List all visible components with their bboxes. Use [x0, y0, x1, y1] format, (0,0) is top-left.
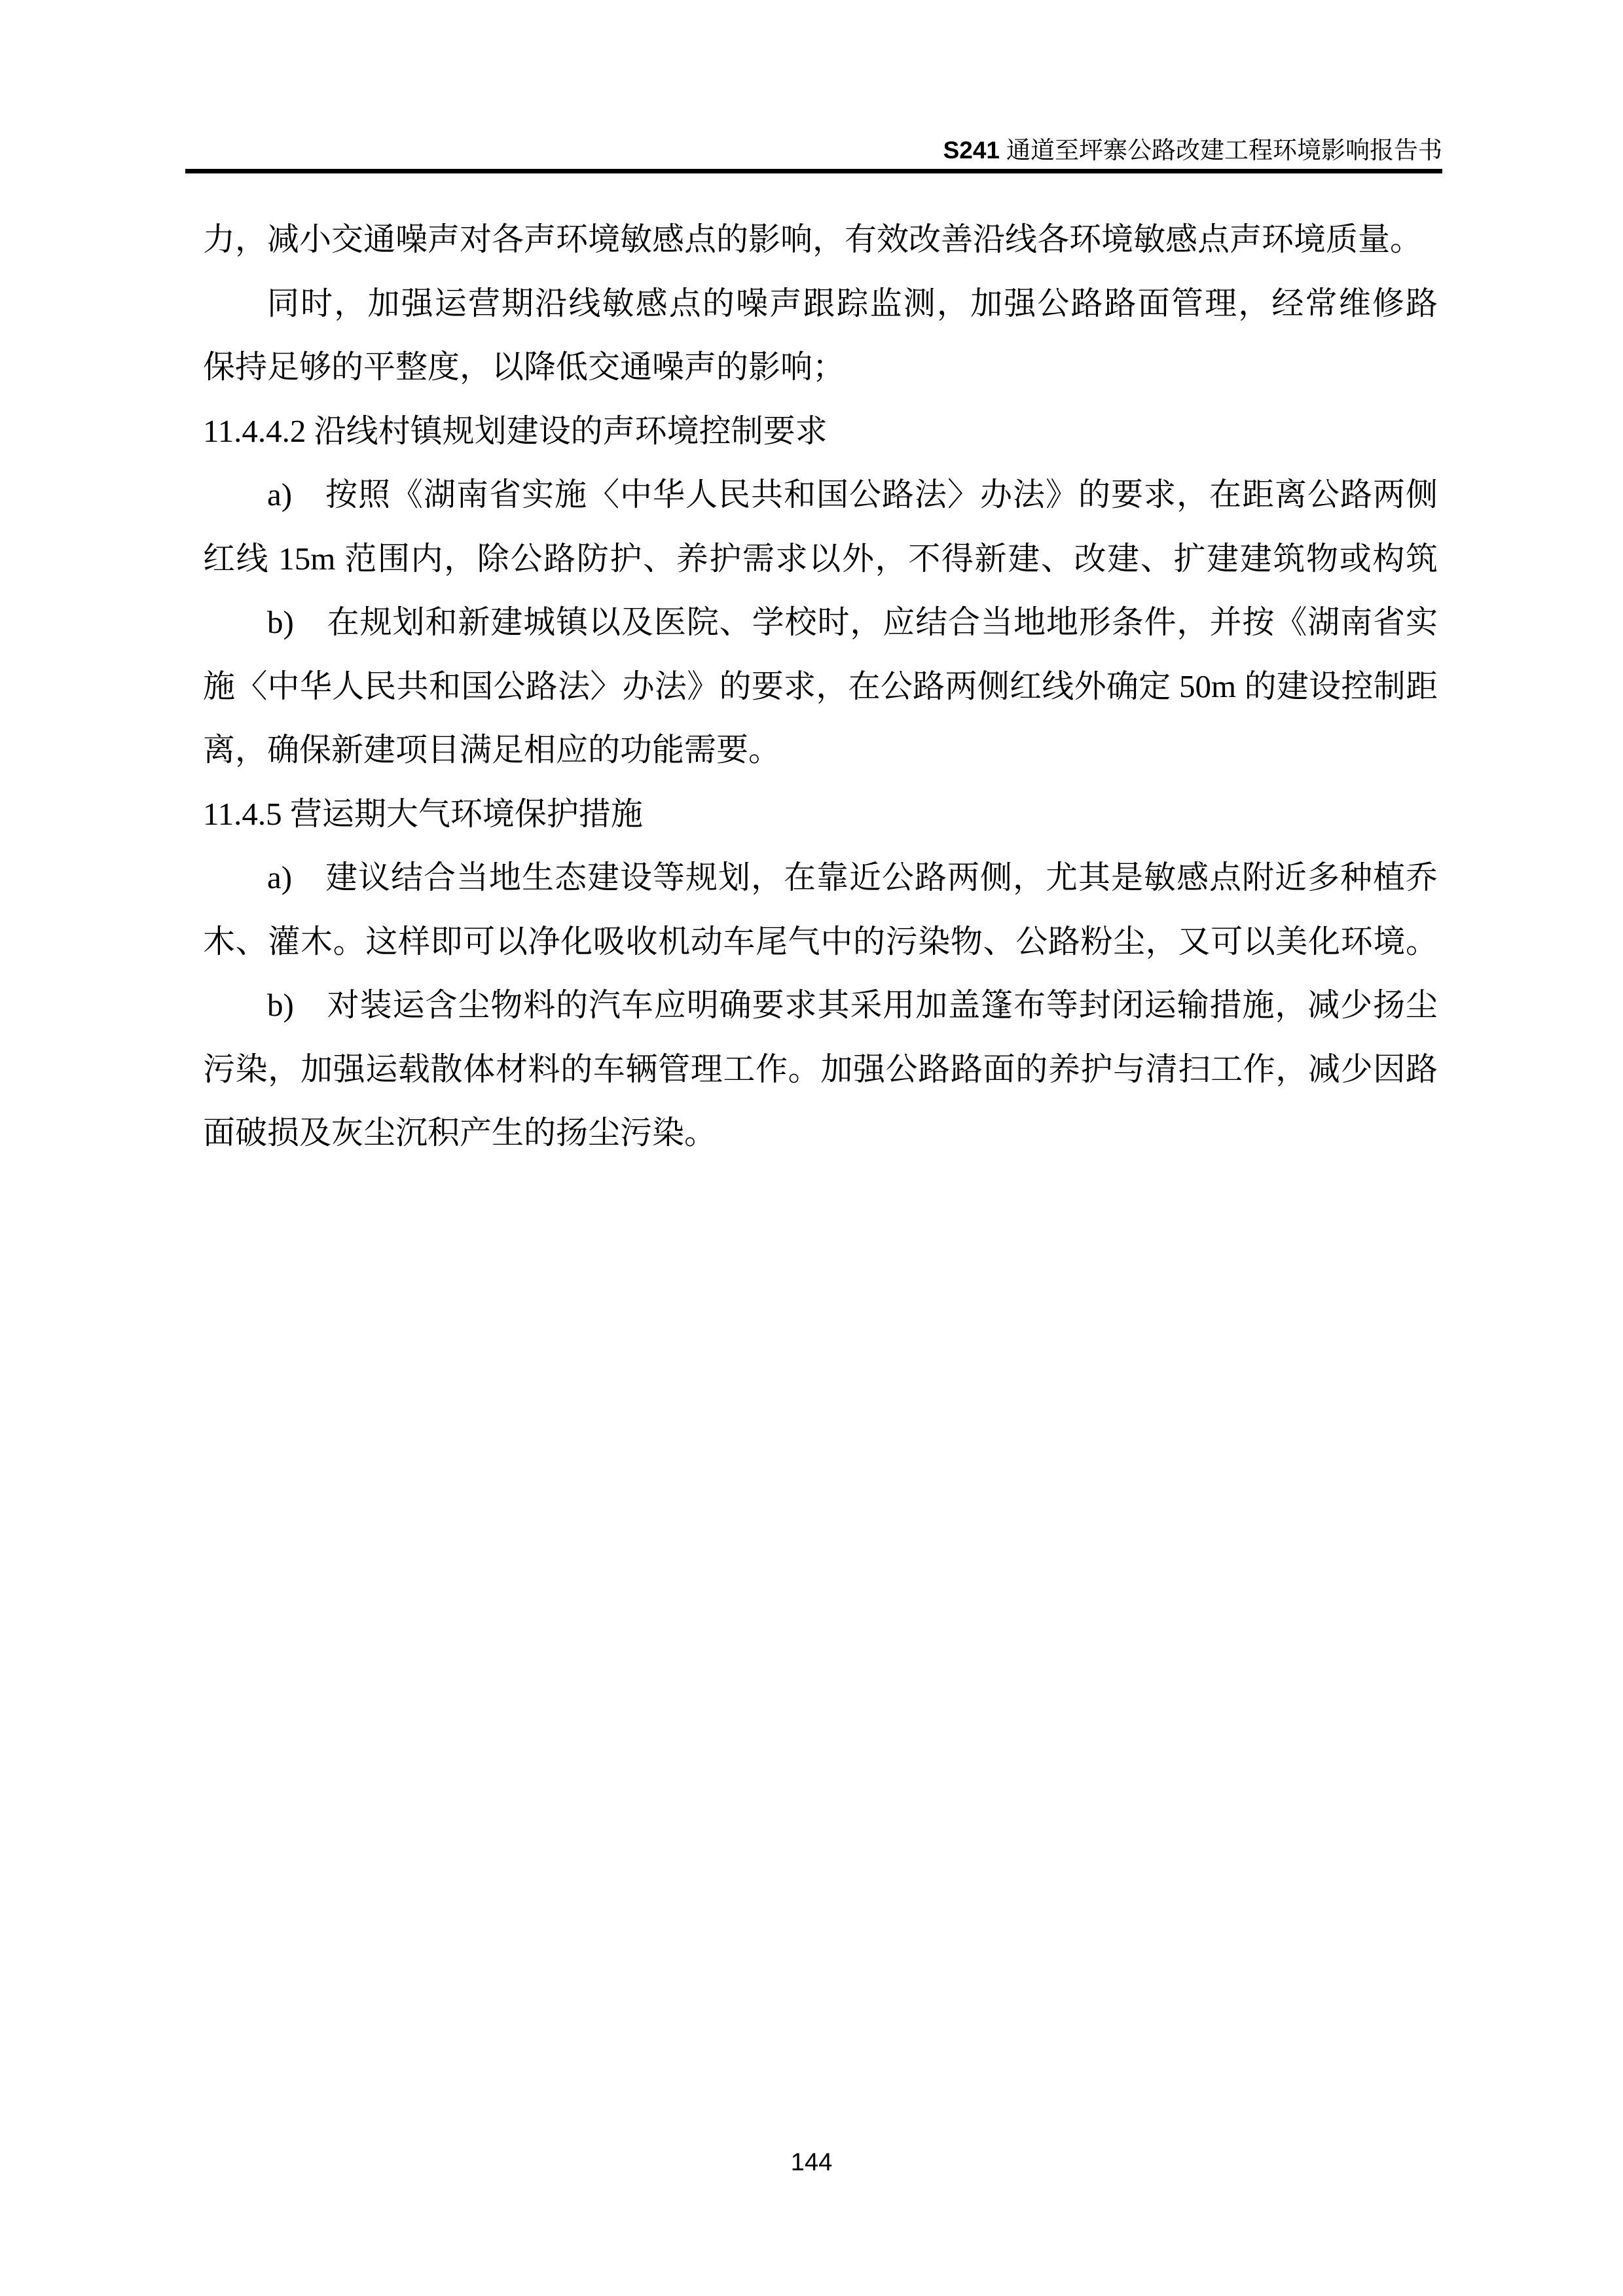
text-line: a) 建议结合当地生态建设等规划，在靠近公路两侧，尤其是敏感点附近多种植乔 [203, 846, 1438, 910]
text-line: 同时，加强运营期沿线敏感点的噪声跟踪监测，加强公路路面管理，经常维修路面， [203, 272, 1438, 336]
text-line: 力，减小交通噪声对各声环境敏感点的影响，有效改善沿线各环境敏感点声环境质量。 [203, 207, 1438, 272]
text-line: b) 在规划和新建城镇以及医院、学校时，应结合当地地形条件，并按《湖南省实 [203, 590, 1438, 655]
text-line: b) 对装运含尘物料的汽车应明确要求其采用加盖篷布等封闭运输措施，减少扬尘 [203, 973, 1438, 1037]
text-line: 保持足够的平整度，以降低交通噪声的影响； [203, 335, 1438, 399]
text-line: 木、灌木。这样即可以净化吸收机动车尾气中的污染物、公路粉尘，又可以美化环境。 [203, 910, 1438, 974]
section-heading: 11.4.4.2 沿线村镇规划建设的声环境控制要求 [203, 399, 1438, 463]
section-heading: 11.4.5 营运期大气环境保护措施 [203, 782, 1438, 846]
text-line: 红线 15m 范围内，除公路防护、养护需求以外，不得新建、改建、扩建建筑物或构筑… [203, 527, 1438, 591]
text-line: 污染，加强运载散体材料的车辆管理工作。加强公路路面的养护与清扫工作，减少因路 [203, 1037, 1438, 1102]
text-line: 施〈中华人民共和国公路法〉办法》的要求，在公路两侧红线外确定 50m 的建设控制… [203, 655, 1438, 719]
text-line: a) 按照《湖南省实施〈中华人民共和国公路法〉办法》的要求，在距离公路两侧 [203, 463, 1438, 527]
header-doc-title: 通道至坪寨公路改建工程环境影响报告书 [1006, 137, 1442, 164]
page-header: S241通道至坪寨公路改建工程环境影响报告书 [943, 134, 1442, 167]
header-doc-code: S241 [943, 137, 1000, 164]
text-body: 力，减小交通噪声对各声环境敏感点的影响，有效改善沿线各环境敏感点声环境质量。同时… [203, 207, 1438, 1165]
header-divider [185, 169, 1442, 173]
text-line: 面破损及灰尘沉积产生的扬尘污染。 [203, 1101, 1438, 1165]
page-number: 144 [0, 2148, 1623, 2177]
text-line: 离，确保新建项目满足相应的功能需要。 [203, 718, 1438, 782]
document-page: S241通道至坪寨公路改建工程环境影响报告书 力，减小交通噪声对各声环境敏感点的… [0, 0, 1623, 2296]
